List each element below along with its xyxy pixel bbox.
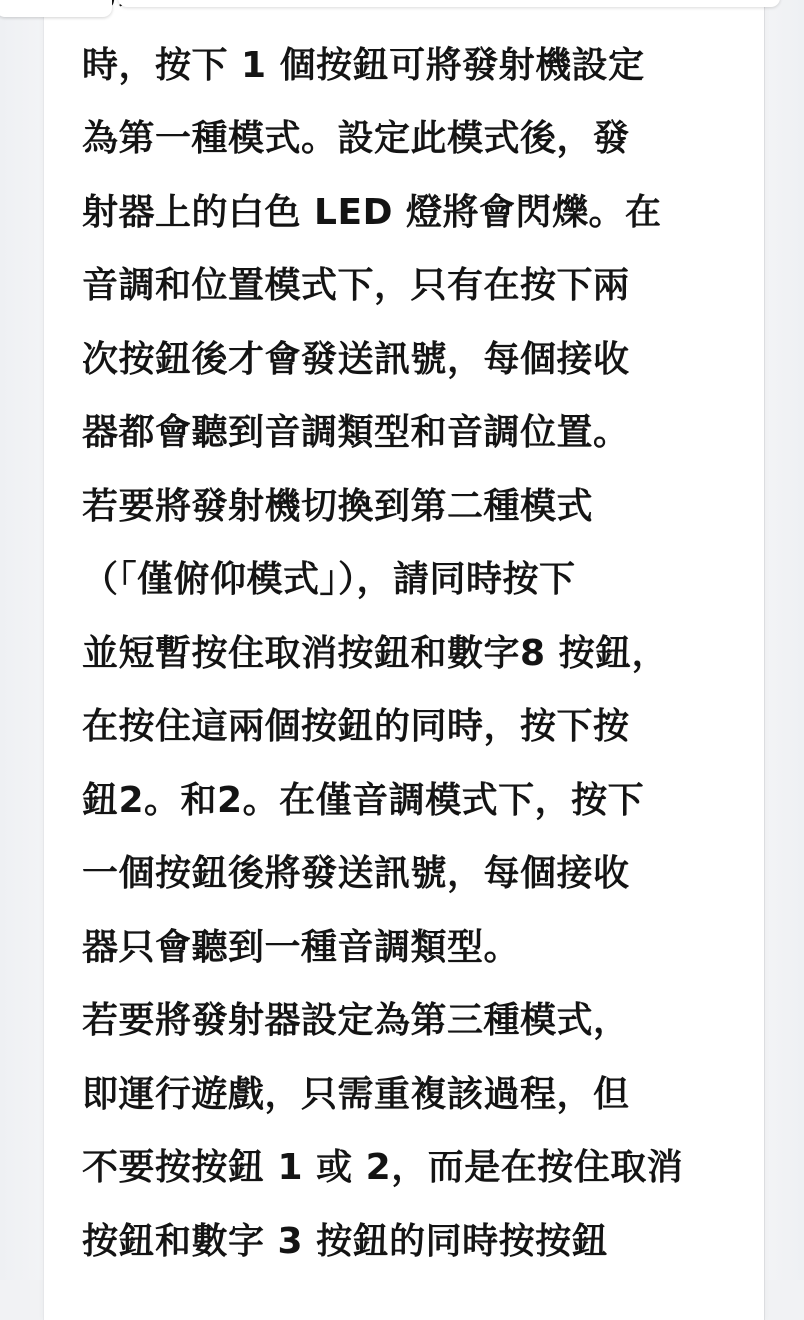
text-line: 一個按鈕後將發送訊號，每個接收 xyxy=(82,837,732,911)
text-line: 時，按下 1 個按鈕可將發射機設定 xyxy=(82,29,732,103)
text-line: 次按鈕後才會發送訊號，每個接收 xyxy=(82,323,732,397)
top-toolbar-bar[interactable] xyxy=(118,0,780,7)
text-line: 為第一種模式。設定此模式後，發 xyxy=(82,102,732,176)
text-line: 音調和位置模式下，只有在按下兩 xyxy=(82,249,732,323)
text-line: 即運行遊戲，只需重複該過程，但 xyxy=(82,1058,732,1132)
text-line: 器只會聽到一種音調類型。 xyxy=(82,911,732,985)
text-line: 若要將發射機切換到第二種模式 xyxy=(82,470,732,544)
text-line: 按鈕和數字 3 按鈕的同時按按鈕 xyxy=(82,1205,732,1279)
text-line: 並短暫按住取消按鈕和數字8 按鈕， xyxy=(82,617,732,691)
text-line: 不要按按鈕 1 或 2，而是在按住取消 xyxy=(82,1131,732,1205)
top-left-toolbar-panel[interactable] xyxy=(0,0,112,17)
text-line: 若要將發射器設定為第三種模式， xyxy=(82,984,732,1058)
text-line: 鈕2。和2。在僅音調模式下，按下 xyxy=(82,764,732,838)
text-line: （「僅俯仰模式」），請同時按下 xyxy=(82,543,732,617)
document-text: 的第一模式。按住這兩個按鈕的同 時，按下 1 個按鈕可將發射機設定 為第一種模式… xyxy=(82,0,732,1278)
text-line: 射器上的白色 LED 燈將會閃爍。在 xyxy=(82,176,732,250)
text-line: 在按住這兩個按鈕的同時，按下按 xyxy=(82,690,732,764)
text-line: 器都會聽到音調類型和音調位置。 xyxy=(82,396,732,470)
